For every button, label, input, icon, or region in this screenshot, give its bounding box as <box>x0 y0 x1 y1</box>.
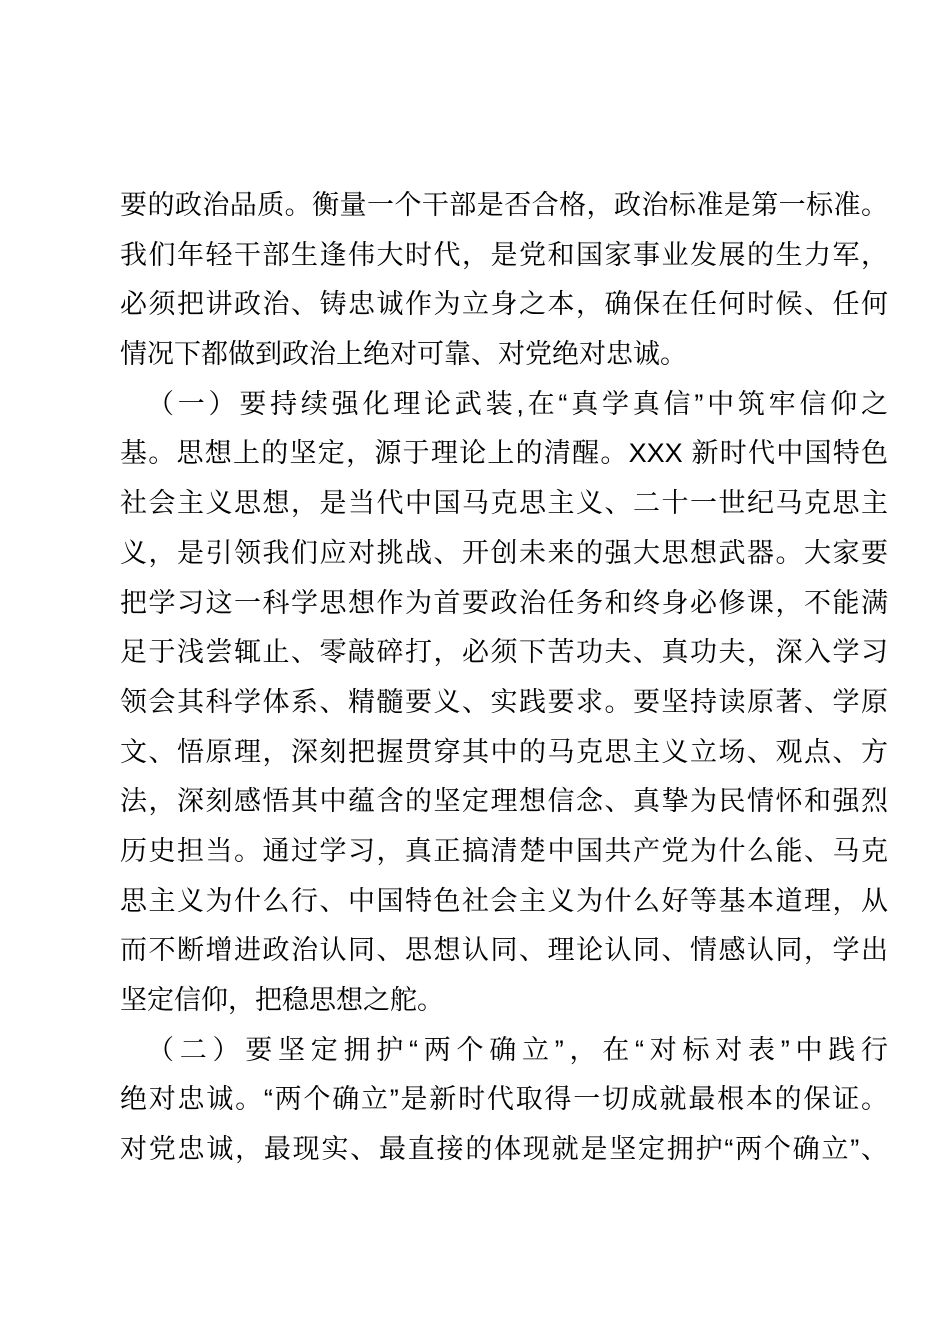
text-line: 坚定信仰，把稳思想之舵。 <box>120 976 888 1026</box>
text-line: （一）要持续强化理论武装,在“真学真信”中筑牢信仰之 <box>120 380 888 430</box>
text-line: 法，深刻感悟其中蕴含的坚定理想信念、真挚为民情怀和强烈 <box>120 777 888 827</box>
text-block: 要的政治品质。衡量一个干部是否合格，政治标准是第一标准。我们年轻干部生逢伟大时代… <box>120 181 888 1175</box>
text-line: 我们年轻干部生逢伟大时代，是党和国家事业发展的生力军， <box>120 231 888 281</box>
text-line: 把学习这一科学思想作为首要政治任务和终身必修课，不能满 <box>120 579 888 629</box>
text-line: 领会其科学体系、精髓要义、实践要求。要坚持读原著、学原 <box>120 678 888 728</box>
text-line: 而不断增进政治认同、思想认同、理论认同、情感认同，学出 <box>120 926 888 976</box>
text-line: 对党忠诚，最现实、最直接的体现就是坚定拥护“两个确立”、 <box>120 1125 888 1175</box>
text-line: 绝对忠诚。“两个确立”是新时代取得一切成就最根本的保证。 <box>120 1075 888 1125</box>
paragraph-1: 要的政治品质。衡量一个干部是否合格，政治标准是第一标准。我们年轻干部生逢伟大时代… <box>120 181 888 380</box>
text-line: 历史担当。通过学习，真正搞清楚中国共产党为什么能、马克 <box>120 827 888 877</box>
text-line: （二）要坚定拥护“两个确立”，在“对标对表”中践行 <box>120 1026 888 1076</box>
text-line: 义，是引领我们应对挑战、开创未来的强大思想武器。大家要 <box>120 529 888 579</box>
text-line: 文、悟原理，深刻把握贯穿其中的马克思主义立场、观点、方 <box>120 728 888 778</box>
paragraph-2: （一）要持续强化理论武装,在“真学真信”中筑牢信仰之基。思想上的坚定，源于理论上… <box>120 380 888 1026</box>
paragraph-3: （二）要坚定拥护“两个确立”，在“对标对表”中践行绝对忠诚。“两个确立”是新时代… <box>120 1026 888 1175</box>
text-line: 思主义为什么行、中国特色社会主义为什么好等基本道理，从 <box>120 877 888 927</box>
text-line: 基。思想上的坚定，源于理论上的清醒。XXX 新时代中国特色 <box>120 429 888 479</box>
text-line: 要的政治品质。衡量一个干部是否合格，政治标准是第一标准。 <box>120 181 888 231</box>
text-line: 情况下都做到政治上绝对可靠、对党绝对忠诚。 <box>120 330 888 380</box>
text-line: 足于浅尝辄止、零敲碎打，必须下苦功夫、真功夫，深入学习 <box>120 628 888 678</box>
document-page: 要的政治品质。衡量一个干部是否合格，政治标准是第一标准。我们年轻干部生逢伟大时代… <box>0 0 950 1344</box>
text-line: 社会主义思想，是当代中国马克思主义、二十一世纪马克思主 <box>120 479 888 529</box>
text-line: 必须把讲政治、铸忠诚作为立身之本，确保在任何时候、任何 <box>120 280 888 330</box>
